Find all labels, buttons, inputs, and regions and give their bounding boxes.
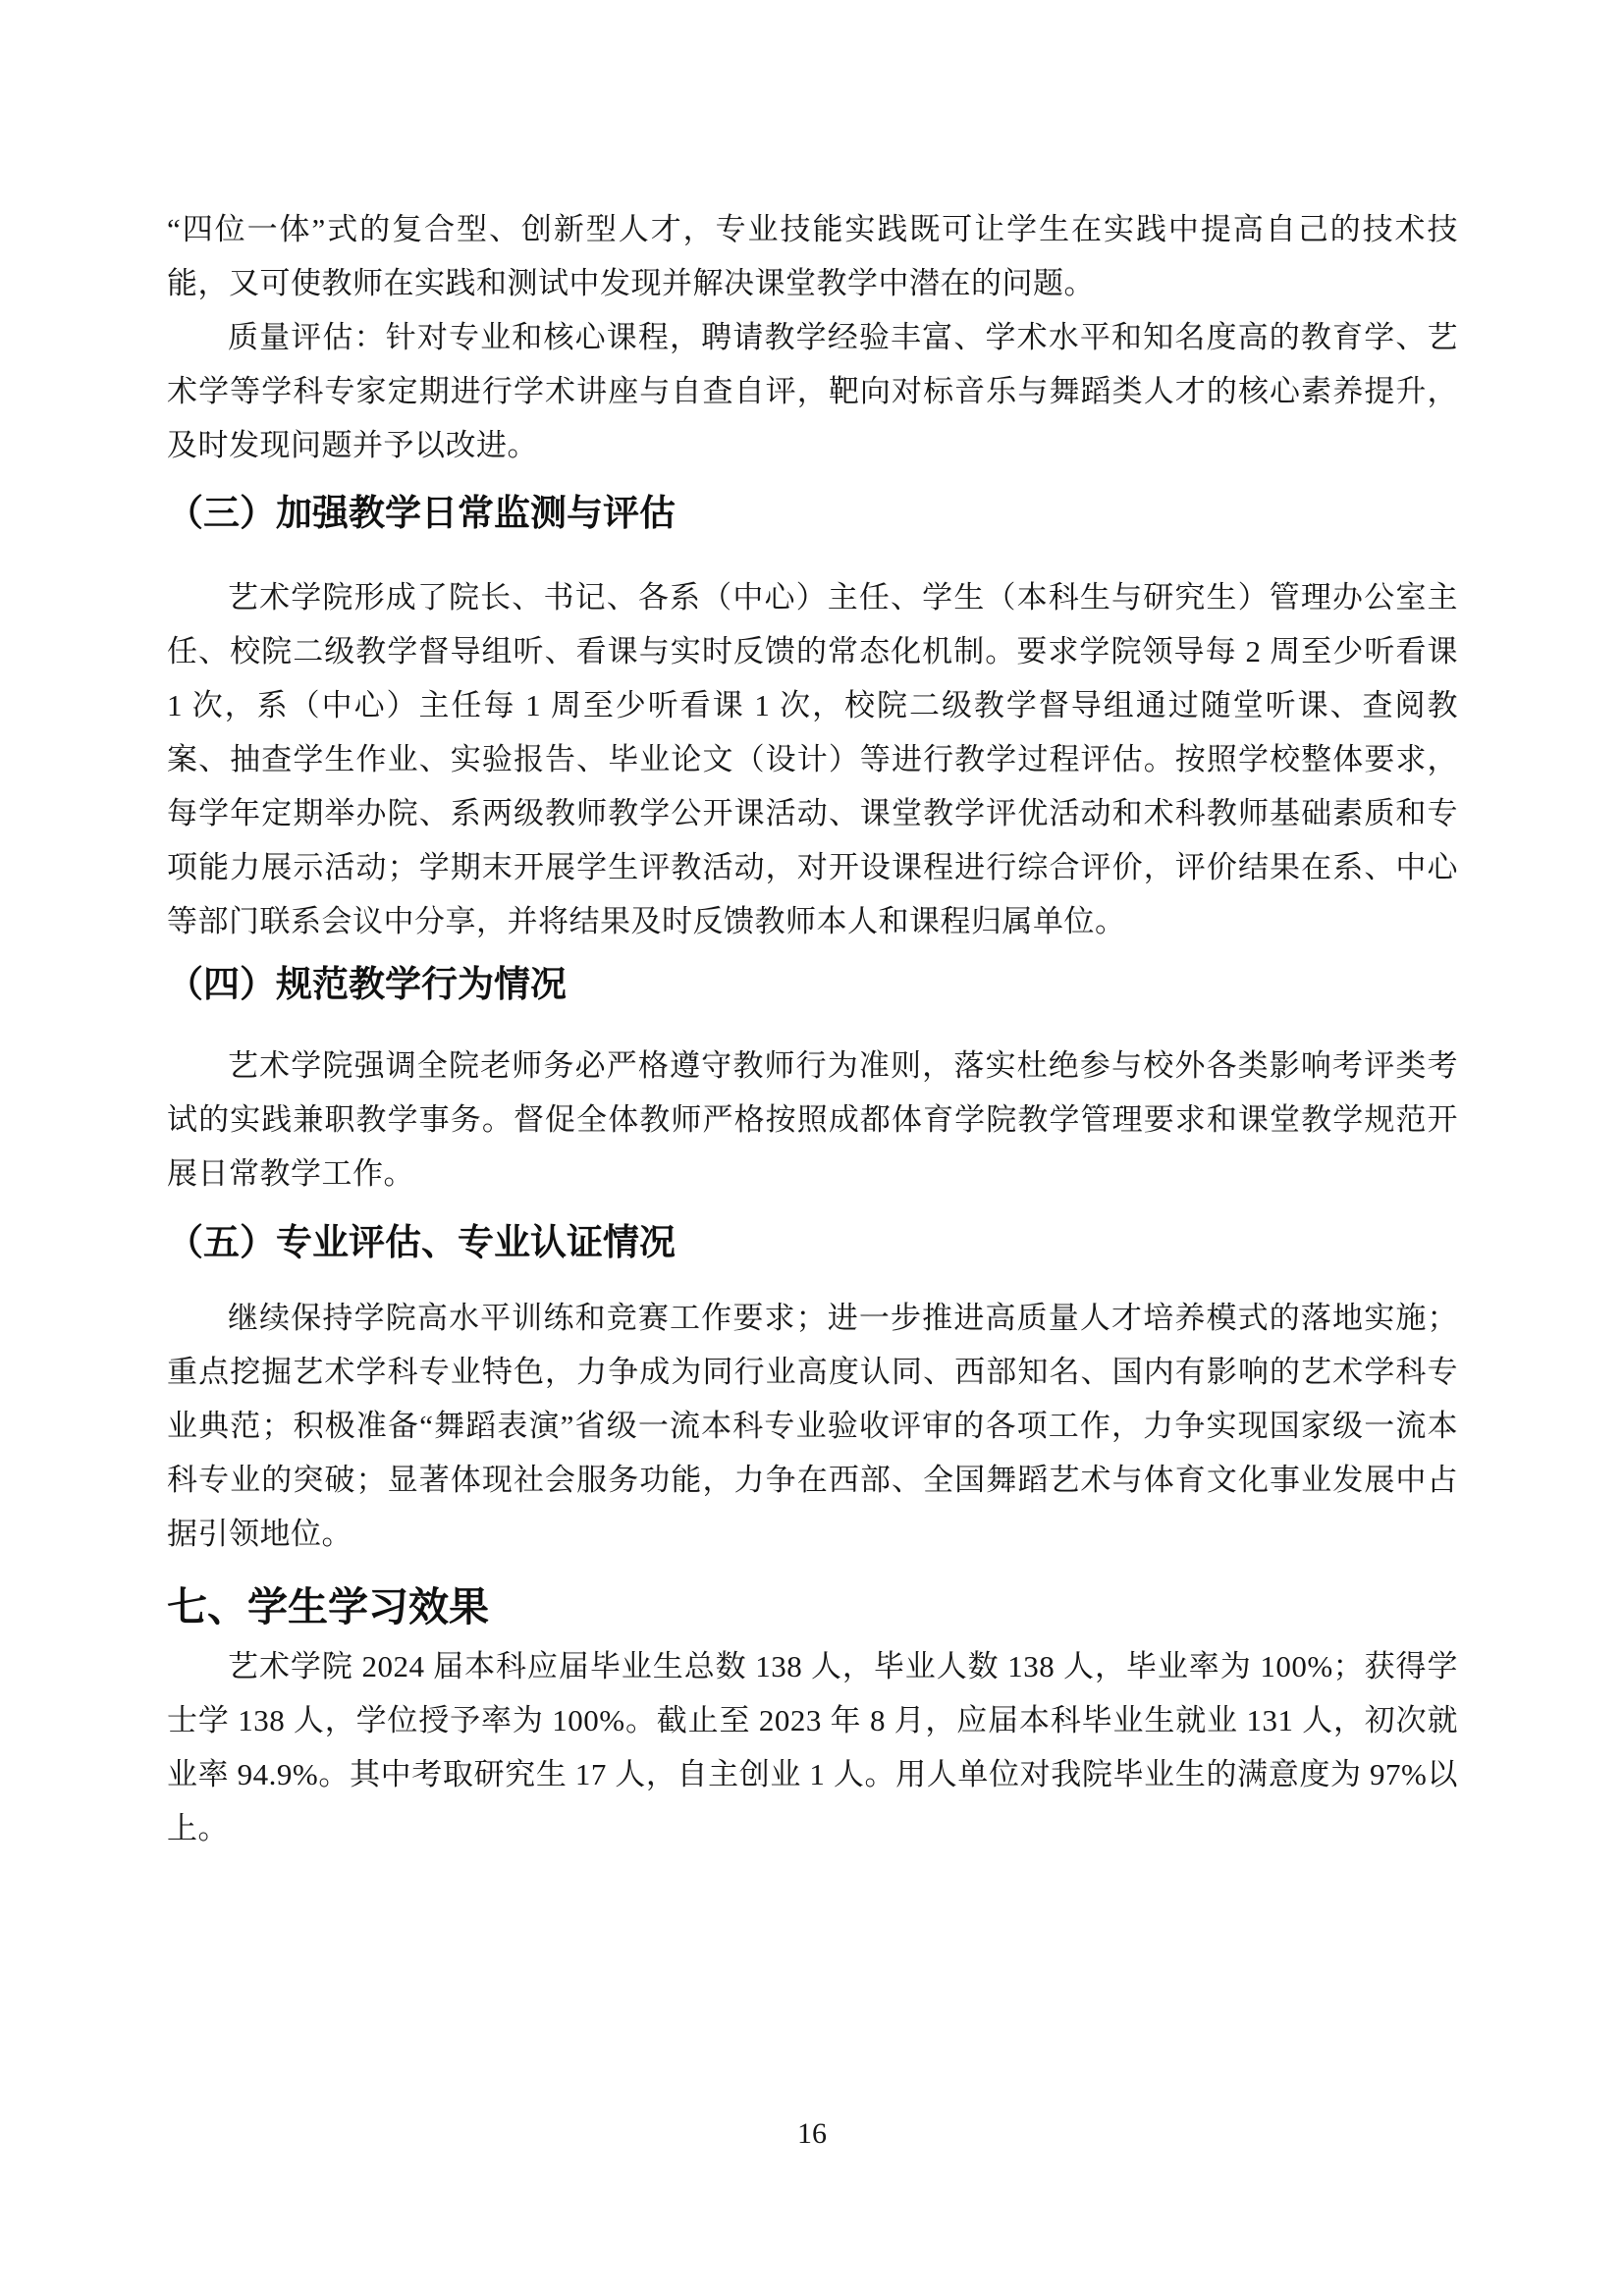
page-number: 16 xyxy=(0,2116,1624,2152)
section-heading-4: （四）规范教学行为情况 xyxy=(167,962,1458,1007)
paragraph-quality-evaluation: 质量评估：针对专业和核心课程，聘请教学经验丰富、学术水平和知名度高的教育学、艺术… xyxy=(167,310,1458,472)
paragraph-section-5: 继续保持学院高水平训练和竞赛工作要求；进一步推进高质量人才培养模式的落地实施；重… xyxy=(167,1291,1458,1561)
section-heading-7: 七、学生学习效果 xyxy=(167,1581,1458,1632)
paragraph-section-4: 艺术学院强调全院老师务必严格遵守教师行为准则，落实杜绝参与校外各类影响考评类考试… xyxy=(167,1039,1458,1201)
section-heading-5: （五）专业评估、专业认证情况 xyxy=(167,1220,1458,1265)
document-page: “四位一体”式的复合型、创新型人才，专业技能实践既可让学生在实践中提高自己的技术… xyxy=(0,0,1624,2296)
paragraph-intro-continuation: “四位一体”式的复合型、创新型人才，专业技能实践既可让学生在实践中提高自己的技术… xyxy=(167,202,1458,310)
document-content: “四位一体”式的复合型、创新型人才，专业技能实践既可让学生在实践中提高自己的技术… xyxy=(0,0,1624,1855)
section-heading-3: （三）加强教学日常监测与评估 xyxy=(167,491,1458,536)
paragraph-section-3: 艺术学院形成了院长、书记、各系（中心）主任、学生（本科生与研究生）管理办公室主任… xyxy=(167,570,1458,948)
paragraph-section-7: 艺术学院 2024 届本科应届毕业生总数 138 人，毕业人数 138 人，毕业… xyxy=(167,1639,1458,1855)
